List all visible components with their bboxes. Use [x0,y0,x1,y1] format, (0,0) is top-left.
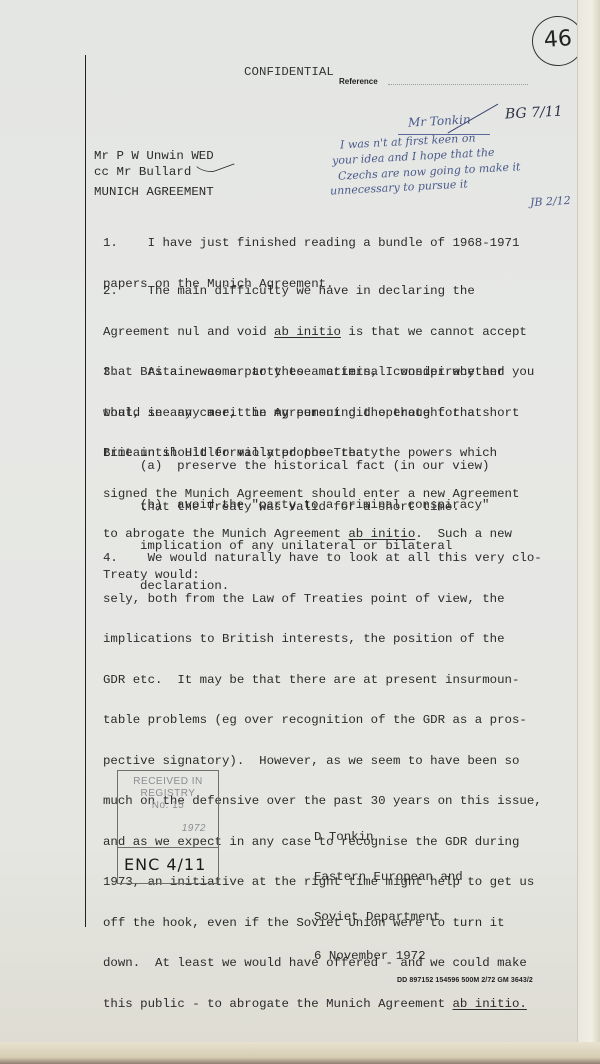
print-code: DD 897152 154596 500M 2/72 GM 3643/2 [397,977,533,984]
paragraph-line: would see any merit in my pursuing the t… [103,407,534,421]
reference-label: Reference [339,77,378,86]
stamp-line: RECEIVED IN [118,776,218,788]
reference-line [388,84,528,85]
paragraph-line: table problems (eg over recognition of t… [103,714,542,728]
enclosure-number: ENC 4/11 [124,855,206,874]
classification-heading: CONFIDENTIAL [244,66,334,79]
stamp-divider [118,847,218,848]
paragraph-line: pective signatory). However, as we seem … [103,755,542,769]
bottom-tape [0,1042,600,1064]
stamp-year: 1972 [118,823,206,835]
paragraph-line: this public - to abrogate the Munich Agr… [103,998,542,1012]
signatory-name: D Tonkin [314,831,463,844]
latin-phrase: ab initio. [452,997,526,1011]
handwritten-initials: BG 7/11 [505,105,563,123]
paragraph-line: 2. The main difficulty we have in declar… [103,285,527,299]
stamp-line: REGISTRY [118,788,218,800]
department-line: Eastern European and [314,871,463,884]
paragraph-line: sely, both from the Law of Treaties poin… [103,593,542,607]
handwritten-signoff: JB 2/12 [530,193,571,210]
subject-heading: MUNICH AGREEMENT [94,186,214,199]
paragraph-line: GDR etc. It may be that there are at pre… [103,674,542,688]
margin-rule [85,55,86,927]
page-edge [577,0,600,1064]
paragraph-line: 3. As a newcomer to these matters, I won… [103,366,534,380]
signature-block: D Tonkin Eastern European and Soviet Dep… [314,805,463,990]
stamp-line: No. 15 [118,800,218,812]
document-page: 46 CONFIDENTIAL Reference Mr P W Unwin W… [0,0,592,1050]
paragraph-line: implications to British interests, the p… [103,633,542,647]
handwritten-addressee: Mr Tonkin [408,112,471,130]
latin-phrase: ab initio [274,325,341,339]
addressee: Mr P W Unwin WED [94,150,214,163]
document-date: 6 November 1972 [314,950,463,963]
department-line: Soviet Department [314,911,463,924]
paragraph-line: (b) avoid the "party to a criminal consp… [140,499,489,513]
paragraph-line: Agreement nul and void ab initio is that… [103,326,527,340]
paragraph-line: 4. We would naturally have to look at al… [103,552,542,566]
copy-to: cc Mr Bullard [94,166,191,179]
paragraph-line: 1. I have just finished reading a bundle… [103,237,519,251]
